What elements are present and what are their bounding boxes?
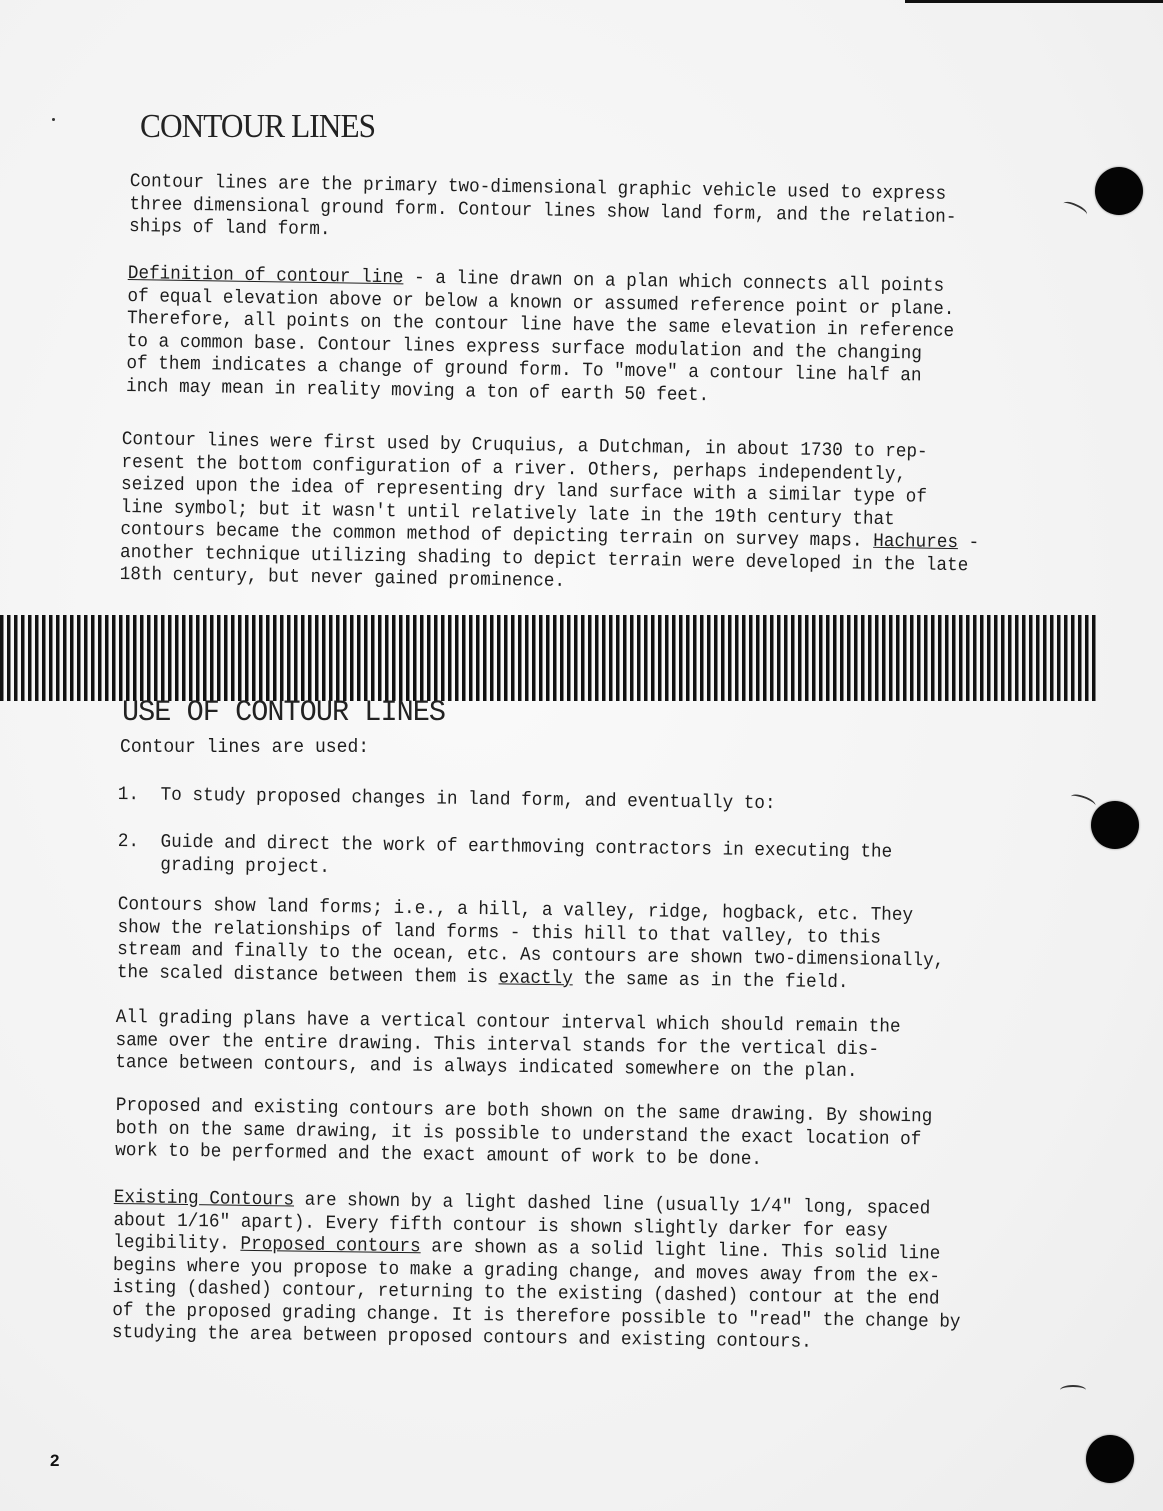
definition-text: - a line drawn on a plan which connects … [126, 266, 955, 405]
existing-contours-term: Existing Contours [114, 1186, 295, 1211]
definition-paragraph: Definition of contour line - a line draw… [126, 262, 1058, 412]
list-number: 2. [118, 830, 161, 853]
history-paragraph: Contour lines were first used by Cruquiu… [120, 428, 1052, 600]
section-title-use-of-contour-lines: USE OF CONTOUR LINES [122, 696, 445, 730]
history-text: Contour lines were first used by Cruquiu… [120, 428, 928, 552]
hachures-term: Hachures [873, 530, 958, 553]
section-divider-band [0, 615, 1098, 701]
list-number: 1. [118, 783, 161, 806]
interval-paragraph: All grading plans have a vertical contou… [115, 1006, 1046, 1085]
landforms-text-end: the same as in the field. [573, 967, 849, 993]
scan-artifact [1060, 1385, 1086, 1395]
section-title-contour-lines: CONTOUR LINES [140, 108, 375, 146]
scan-edge [905, 0, 1163, 3]
punch-hole [1091, 801, 1139, 849]
landforms-paragraph: Contours show land forms; i.e., a hill, … [117, 893, 1048, 996]
contour-styles-paragraph: Existing Contours are shown by a light d… [112, 1186, 1053, 1357]
page-number: 2 [50, 1451, 59, 1471]
exactly-emphasis: exactly [498, 966, 573, 989]
punch-hole [1086, 1435, 1134, 1483]
stray-mark [52, 118, 55, 121]
punch-hole [1095, 167, 1143, 215]
list-intro: Contour lines are used: [120, 736, 369, 758]
proposed-contours-term: Proposed contours [240, 1233, 421, 1258]
proposed-existing-paragraph: Proposed and existing contours are both … [115, 1094, 1046, 1174]
